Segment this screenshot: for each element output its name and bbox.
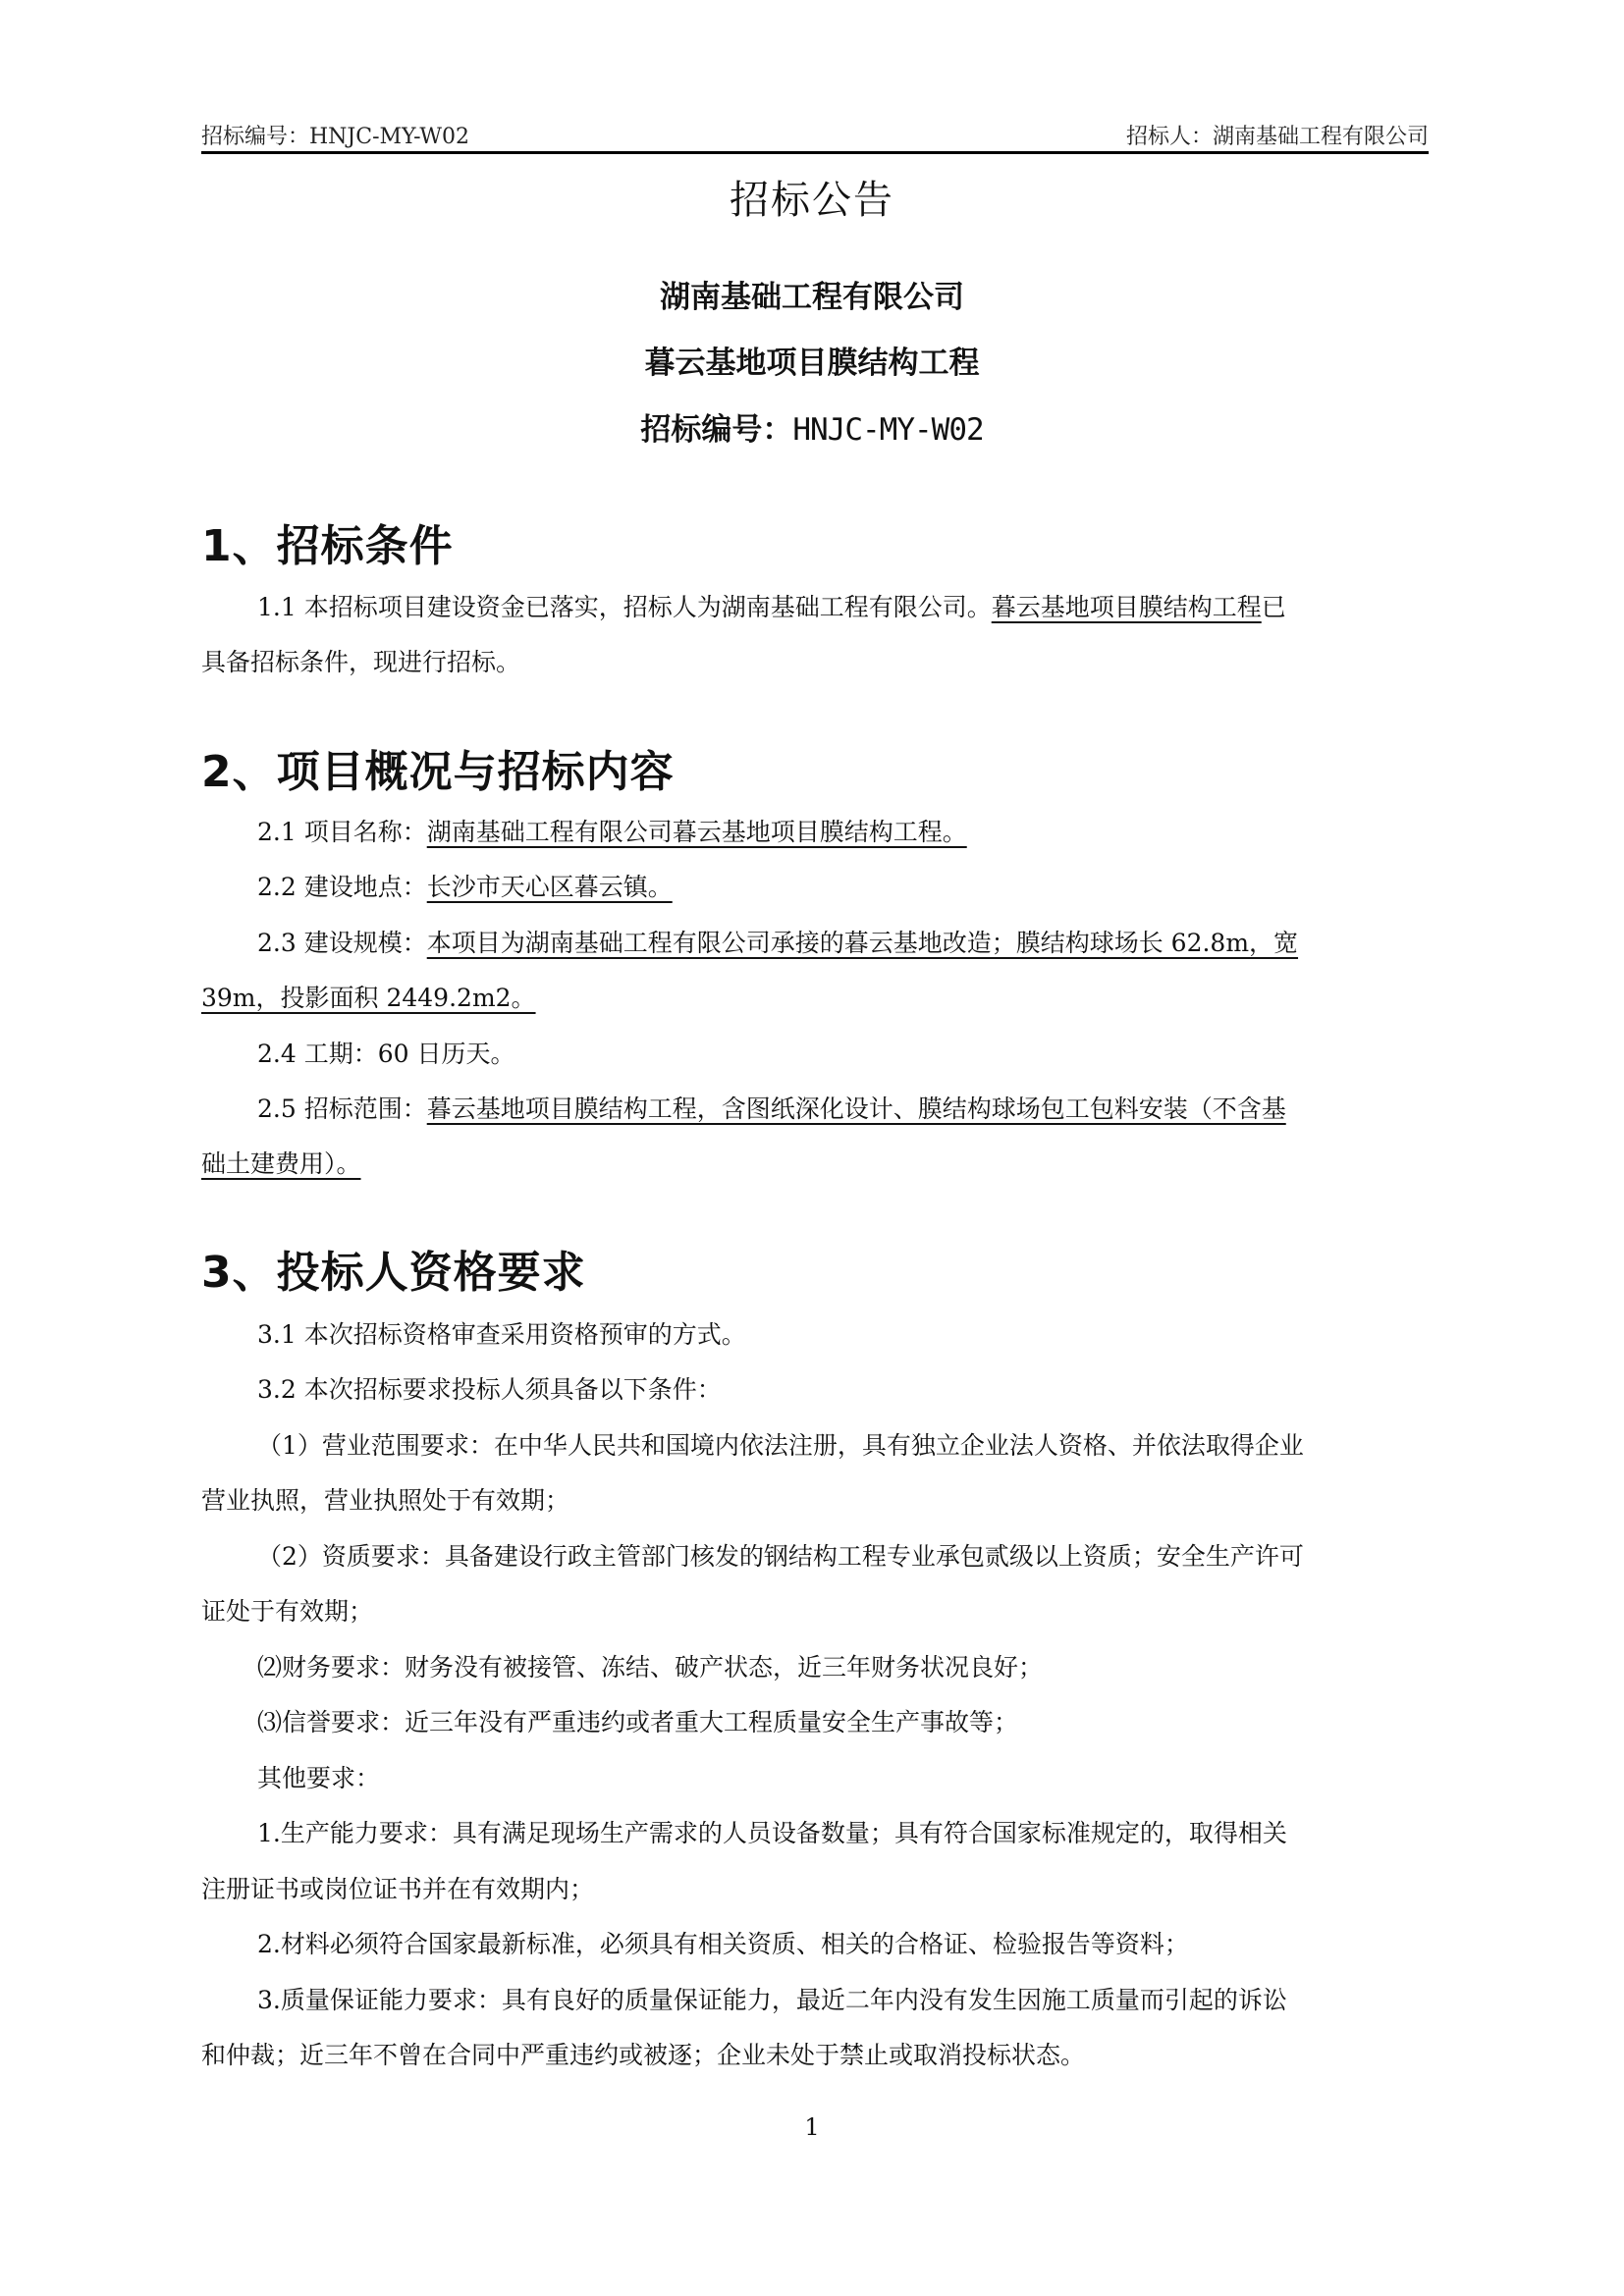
item-2-3: 2.3 建设规模：本项目为湖南基础工程有限公司承接的暮云基地改造；膜结构球场长 … xyxy=(257,931,1298,955)
page-header: 招标编号：HNJC-MY-W02 招标人：湖南基础工程有限公司 xyxy=(201,116,1429,151)
project-name: 暮云基地项目膜结构工程 xyxy=(0,338,1624,382)
req-qualification: （2）资质要求：具备建设行政主管部门核发的钢结构工程专业承包贰级以上资质；安全生… xyxy=(257,1544,1304,1569)
req-business-scope-cont: 营业执照，营业执照处于有效期； xyxy=(201,1488,569,1513)
paragraph-text: 已 xyxy=(1262,593,1286,621)
item-2-3-cont: 39m，投影面积 2449.2m2。 xyxy=(201,986,536,1010)
item-2-5-cont: 础土建费用）。 xyxy=(201,1151,361,1176)
other-req-3: 3.质量保证能力要求：具有良好的质量保证能力，最近二年内没有发生因施工质量而引起… xyxy=(257,1988,1287,2012)
item-value: 长沙市天心区暮云镇。 xyxy=(427,873,673,901)
section-heading-3: 3、投标人资格要求 xyxy=(201,1237,586,1300)
document-title: 招标公告 xyxy=(0,169,1624,225)
paragraph-1-1-cont: 具备招标条件，现进行招标。 xyxy=(201,650,520,674)
underlined-project-name: 暮云基地项目膜结构工程 xyxy=(992,593,1262,621)
other-req-1: 1.生产能力要求：具有满足现场生产需求的人员设备数量；具有符合国家标准规定的，取… xyxy=(257,1821,1287,1845)
other-requirements-label: 其他要求： xyxy=(257,1766,380,1790)
req-credit: ⑶信誉要求：近三年没有严重违约或者重大工程质量安全生产事故等； xyxy=(257,1710,1018,1735)
other-req-3-cont: 和仲裁；近三年不曾在合同中严重违约或被逐；企业未处于禁止或取消投标状态。 xyxy=(201,2043,1085,2067)
item-label: 2.1 项目名称： xyxy=(257,818,427,846)
header-tenderer: 招标人：湖南基础工程有限公司 xyxy=(1126,120,1429,150)
page-number: 1 xyxy=(0,2113,1624,2141)
item-2-4: 2.4 工期：60 日历天。 xyxy=(257,1041,514,1066)
tender-code-value: HNJC-MY-W02 xyxy=(792,412,983,448)
header-divider xyxy=(201,151,1429,154)
item-label: 2.2 建设地点： xyxy=(257,873,427,901)
req-qualification-cont: 证处于有效期； xyxy=(201,1599,373,1624)
tender-code-label: 招标编号： xyxy=(640,412,792,448)
item-value: 湖南基础工程有限公司暮云基地项目膜结构工程。 xyxy=(427,818,967,846)
item-value: 础土建费用）。 xyxy=(201,1149,361,1178)
item-value: 暮云基地项目膜结构工程，含图纸深化设计、膜结构球场包工包料安装（不含基 xyxy=(427,1095,1286,1123)
tender-code: 招标编号：HNJC-MY-W02 xyxy=(0,404,1624,449)
item-label: 2.3 建设规模： xyxy=(257,929,427,957)
item-2-2: 2.2 建设地点：长沙市天心区暮云镇。 xyxy=(257,875,673,899)
other-req-2: 2.材料必须符合国家最新标准，必须具有相关资质、相关的合格证、检验报告等资料； xyxy=(257,1932,1189,1956)
paragraph-1-1: 1.1 本招标项目建设资金已落实，招标人为湖南基础工程有限公司。暮云基地项目膜结… xyxy=(257,595,1286,619)
req-3-1: 3.1 本次招标资格审查采用资格预审的方式。 xyxy=(257,1322,746,1347)
req-3-2: 3.2 本次招标要求投标人须具备以下条件： xyxy=(257,1377,722,1402)
item-2-5: 2.5 招标范围：暮云基地项目膜结构工程，含图纸深化设计、膜结构球场包工包料安装… xyxy=(257,1096,1286,1121)
section-heading-2: 2、项目概况与招标内容 xyxy=(201,736,675,799)
item-2-1: 2.1 项目名称：湖南基础工程有限公司暮云基地项目膜结构工程。 xyxy=(257,820,967,844)
company-name: 湖南基础工程有限公司 xyxy=(0,272,1624,316)
req-business-scope: （1）营业范围要求：在中华人民共和国境内依法注册，具有独立企业法人资格、并依法取… xyxy=(257,1433,1304,1458)
section-heading-1: 1、招标条件 xyxy=(201,510,454,573)
paragraph-text: 1.1 本招标项目建设资金已落实，招标人为湖南基础工程有限公司。 xyxy=(257,593,992,621)
item-value: 39m，投影面积 2449.2m2。 xyxy=(201,984,536,1012)
header-tender-number: 招标编号：HNJC-MY-W02 xyxy=(201,120,469,150)
item-label: 2.5 招标范围： xyxy=(257,1095,427,1123)
req-finance: ⑵财务要求：财务没有被接管、冻结、破产状态，近三年财务状况良好； xyxy=(257,1655,1043,1680)
other-req-1-cont: 注册证书或岗位证书并在有效期内； xyxy=(201,1877,594,1901)
item-value: 本项目为湖南基础工程有限公司承接的暮云基地改造；膜结构球场长 62.8m，宽 xyxy=(427,929,1298,957)
